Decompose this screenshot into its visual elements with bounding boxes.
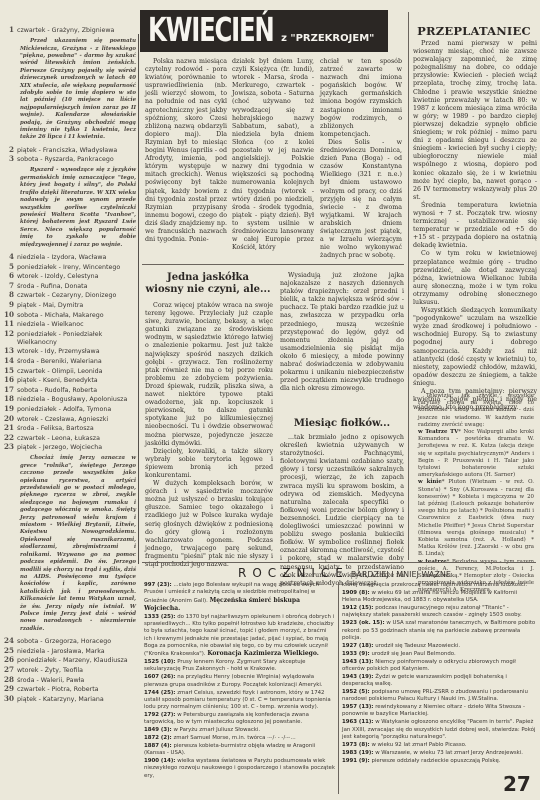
anniversary-year: 1912 (15):: [342, 605, 373, 611]
calendar-day: 3sobota - Ryszarda, Pankracego: [4, 155, 136, 164]
anniversary-year: 1792 (27):: [144, 712, 175, 718]
day-number: 12: [4, 330, 17, 338]
anniversary-entry: 1849 (3): w Paryżu zmarł Juliusz Słowack…: [144, 727, 336, 734]
anniversary-text: w Warszawie, w wieku 73 lat zmarł Jerzy …: [375, 750, 523, 756]
anniversary-entry: 1333 (25): do 1370 był najżarliwszym opi…: [144, 614, 336, 659]
calendar-day: 28środa - Walerii, Pawła: [4, 676, 136, 685]
day-name-days: piątek - Katarzyny, Mariana: [17, 696, 136, 704]
calendar-day: 17sobota - Rudolfa, Roberta: [4, 386, 136, 395]
name-origin-note: Ryszard - wywodzące się z języków germań…: [4, 167, 136, 248]
article-paragraph: Dzięcioły, kowaliki, a także sikory wybr…: [145, 448, 273, 480]
article-main-col2: działek był dniem Luny, czyli Księżyca (…: [232, 58, 314, 252]
calendar-day: 9piątek - Mai, Dymitra: [4, 301, 136, 310]
anniversary-year: 1849 (3):: [144, 727, 172, 733]
anniversary-year: 1933 (9):: [342, 651, 370, 657]
anniversary-year: 1607 (26):: [144, 674, 175, 680]
day-name-days: poniedziałek - Marzeny, Klaudiusza: [17, 657, 136, 665]
section-divider: [142, 562, 536, 563]
day-number: 6: [4, 272, 17, 280]
calendar-day: 26poniedziałek - Marzeny, Klaudiusza: [4, 656, 136, 665]
anniversary-entry: 1912 (15): podczas inauguracyjnego rejsu…: [342, 605, 536, 620]
headline-line: wiosny nie czyni, ale...: [142, 284, 274, 296]
anniversary-year: 1909 (8):: [342, 590, 370, 596]
calendar-day: 25niedziela - Jarosława, Marka: [4, 647, 136, 656]
anniversary-entry: 1887 (4): pierwsza kobieta-burmistrz obj…: [144, 743, 336, 758]
day-name-days: niedziela - Wielkanoc: [17, 321, 136, 329]
section-divider: [142, 264, 404, 265]
anniversary-entry: 1744 (25): zmarł Celsius, szwedzki fizyk…: [144, 690, 336, 712]
calendar-day: 20wtorek - Czesława, Agnieszki: [4, 415, 136, 424]
anniversary-year: 1973 (8):: [342, 742, 370, 748]
column-divider: [338, 582, 339, 794]
calendar-day: 2piątek - Franciszka, Władysława: [4, 146, 136, 155]
anniversary-entry: 1923 (ok. 15): w USA szał maratonów tane…: [342, 620, 536, 642]
anniversaries-subtitle: BARDZIEJ I MNIEJ WAŻNE: [351, 570, 451, 579]
anniversary-year: 1991 (9):: [342, 758, 370, 764]
day-name-days: czwartek - Olimpii, Leonida: [17, 368, 136, 376]
day-name-days: wtorek - Żyty, Teofila: [17, 667, 136, 675]
anniversary-year: 1952 (5):: [342, 689, 370, 695]
day-name-days: wtorek - Czesława, Agnieszki: [17, 416, 136, 424]
anniversary-entry: 1909 (8): w wieku 69 lat zmarła na rancz…: [342, 590, 536, 605]
day-number: 26: [4, 656, 17, 664]
tv-category-text: * Pluton (Wietnam - w reż. O. Stone'a) *…: [418, 479, 534, 557]
article-paragraph: ...tak brzmiało jedno z opisowych określ…: [280, 434, 404, 588]
anniversary-entry: 1943 (13): Niemcy poinformowały o odkryc…: [342, 659, 536, 674]
anniversary-year: 1943 (19):: [342, 674, 373, 680]
article-paragraph: Wszystkich śledzących komunikaty "pogody…: [413, 307, 537, 388]
day-number: 15: [4, 367, 17, 375]
day-name-days: czwartek - Grażyny, Zbigniewa: [17, 27, 136, 35]
anniversary-year: 1887 (4):: [144, 743, 172, 749]
day-name-days: czwartek - Leona, Łukasza: [17, 435, 136, 443]
day-name-days: środa - Feliksa, Bartosza: [17, 425, 136, 433]
article-paragraph: Średnia temperatura kwietnia wynosi + 7 …: [413, 202, 537, 251]
day-number: 18: [4, 395, 17, 403]
anniversary-entry: 1900 (14): wielka wystawa światowa w Par…: [144, 758, 336, 780]
calendar-day: 19poniedziałek - Adolfa, Tymona: [4, 405, 136, 414]
column-divider: [408, 12, 409, 560]
calendar-day: 22czwartek - Leona, Łukasza: [4, 434, 136, 443]
day-number: 16: [4, 376, 17, 384]
day-number: 27: [4, 666, 17, 674]
day-name-days: wtorek - Idy, Przemysława: [17, 348, 136, 356]
tv-category-text: * Noc Walpurgii albo kroki Komandora - p…: [418, 429, 534, 478]
day-name-days: sobota - Rudolfa, Roberta: [17, 387, 136, 395]
article-paragraph: działek był dniem Luny, czyli Księżyca (…: [232, 58, 314, 252]
day-name-days: sobota - Grzegorza, Horacego: [17, 638, 136, 646]
anniversary-text: w Paryżu zmarł Juliusz Słowacki.: [173, 727, 260, 733]
anniversary-entry: 1943 (19): Żydzi w getcie warszawskim po…: [342, 674, 536, 689]
calendar-day: 21środa - Feliksa, Bartosza: [4, 424, 136, 433]
article-main-col1: Polska nazwa miesiąca czytelny rodowód -…: [145, 58, 227, 244]
calendar-day: 29czwartek - Piotra, Roberta: [4, 685, 136, 694]
calendar-day: 11niedziela - Wielkanoc: [4, 320, 136, 329]
day-name-days: poniedziałek - Ireny, Wincentego: [17, 264, 136, 272]
day-name-days: sobota - Michała, Makarego: [17, 312, 136, 320]
name-origin-note: Chociaż imię Jerzy oznacza w grece "roln…: [4, 455, 136, 633]
calendar-day: 23piątek - Jerzego, Wojciecha: [4, 443, 136, 452]
article-paragraph: Coraz więcej ptaków wraca na swoje teren…: [145, 302, 273, 448]
day-name-days: niedziela - Bogusławy, Apoloniusza: [17, 396, 136, 404]
article-paragraph: Dies Solis - w średniowieczu Dominica, d…: [320, 139, 402, 260]
day-number: 28: [4, 676, 17, 684]
anniversary-text: zmarł Samuel Morse, m.in. twórca ·-·/· -…: [173, 735, 295, 741]
anniversary-highlight: Koronacja Kazimierza Wielkiego.: [207, 650, 319, 657]
day-number: 11: [4, 320, 17, 328]
anniversary-text: której osiągnięcia przekroczą nawet najś…: [342, 582, 527, 588]
violets-article: ...tak brzmiało jedno z opisowych określ…: [280, 434, 404, 588]
day-name-days: środa - Walerii, Pawła: [17, 677, 136, 685]
calendar-day: 14środa - Bereniki, Waleriana: [4, 357, 136, 366]
calendar-day: 4niedziela - Izydora, Wacława: [4, 253, 136, 262]
name-origin-note: Przed ukazaniem się poematu Mickiewicza,…: [4, 38, 136, 142]
article-paragraph: Polska nazwa miesiąca czytelny rodowód -…: [145, 58, 227, 244]
anniversary-entry: 1525 (10): Prusy lennem Korony. Zygmunt …: [144, 659, 336, 674]
day-number: 22: [4, 434, 17, 442]
day-number: 2: [4, 146, 17, 154]
article-paragraph: Wysiadują już złożone jajka najokazalsze…: [280, 272, 404, 393]
anniversary-text: podpisano umowę PRL-ZSRR o zbudowaniu i …: [342, 689, 528, 702]
day-number: 14: [4, 357, 17, 365]
page-title: KWIECIEŃ: [148, 13, 274, 47]
day-number: 19: [4, 405, 17, 413]
anniversary-year: 1963 (11):: [342, 719, 373, 725]
article-main-col3: chciał w ten sposób zatrzeć zawarte w na…: [320, 58, 402, 260]
anniversary-entry: 1792 (27): w Petersburgu zawiązała się k…: [144, 712, 336, 727]
anniversary-year: 1333 (25):: [144, 614, 175, 620]
anniversary-entry: 1983 (19): w Warszawie, w wieku 73 lat z…: [342, 750, 536, 757]
anniversary-year: 1983 (19):: [342, 750, 373, 756]
anniversary-year: 1927 (18):: [342, 643, 373, 649]
anniversaries-title: ROCZNICE: [238, 566, 349, 580]
day-number: 4: [4, 253, 17, 261]
calendar-day: 1czwartek - Grażyny, Zbigniewa: [4, 26, 136, 35]
day-number: 20: [4, 415, 17, 423]
anniversary-text: urodził się Tadeusz Mazowiecki.: [375, 643, 460, 649]
page-subtitle: z "PRZEKROJEM": [281, 33, 374, 44]
anniversary-text: urodził się Jean Paul Belmondo.: [371, 651, 455, 657]
anniversary-year: 1923 (ok. 15):: [342, 620, 385, 626]
day-name-days: piątek - Jerzego, Wojciecha: [17, 444, 136, 452]
tv-recommendations-box: Telewizja, jak zwykle, wszystkie rarytas…: [418, 393, 534, 595]
day-number: 5: [4, 263, 17, 271]
calendar-day: 5poniedziałek - Ireny, Wincentego: [4, 263, 136, 272]
calendar-day: 30piątek - Katarzyny, Mariana: [4, 695, 136, 704]
calendar-day: 15czwartek - Olimpii, Leonida: [4, 367, 136, 376]
day-number: 17: [4, 386, 17, 394]
day-number: 10: [4, 311, 17, 319]
day-name-days: piątek - Mai, Dymitra: [17, 302, 136, 310]
anniversaries-list-right: której osiągnięcia przekroczą nawet najś…: [342, 582, 536, 765]
anniversary-entry: 1991 (9): pierwsze oddziały radzieckie o…: [342, 758, 536, 765]
tv-category-label: w Teatrze TV: [418, 429, 458, 435]
day-number: 24: [4, 637, 17, 645]
day-name-days: niedziela - Izydora, Wacława: [17, 254, 136, 262]
day-name-days: piątek - Franciszka, Władysława: [17, 147, 136, 155]
anniversary-entry: 1957 (13): rewindykowany z Niemiec ołtar…: [342, 704, 536, 719]
article-paragraph: chciał w ten sposób zatrzeć zawarte w na…: [320, 58, 402, 139]
anniversary-year: 1872 (2):: [144, 735, 172, 741]
calendar-day: 10sobota - Michała, Makarego: [4, 311, 136, 320]
day-name-days: wtorek - Izoldy, Celestyna: [17, 273, 136, 281]
anniversary-entry: 1933 (9): urodził się Jean Paul Belmondo…: [342, 651, 536, 658]
day-number: 23: [4, 443, 17, 451]
calendar-day: 16piątek - Kseni, Benedykta: [4, 376, 136, 385]
anniversary-year: 1957 (13):: [342, 704, 373, 710]
day-number: 1: [4, 26, 17, 34]
day-name-days: sobota - Ryszarda, Pankracego: [17, 156, 136, 164]
column-divider: [138, 34, 139, 564]
article-paragraph: Co w tym roku w kwietniowej przeplatance…: [413, 250, 537, 307]
calendar-day: 8czwartek - Cezaryny, Dionizego: [4, 291, 136, 300]
day-number: 8: [4, 291, 17, 299]
calendar-day: 27wtorek - Żyty, Teofila: [4, 666, 136, 675]
day-name-days: czwartek - Cezaryny, Dionizego: [17, 292, 136, 300]
anniversary-entry: 1952 (5): podpisano umowę PRL-ZSRR o zbu…: [342, 689, 536, 704]
article-paragraph: Przed nami pierwszy w pełni wiosenny mie…: [413, 40, 537, 202]
przeplataniec-article: Przed nami pierwszy w pełni wiosenny mie…: [413, 40, 537, 412]
tv-category-label: w kinie: [418, 479, 442, 485]
anniversary-year: 1525 (10):: [144, 659, 175, 665]
day-name-days: środa - Bereniki, Waleriana: [17, 358, 136, 366]
title-banner: KWIECIEŃ z "PRZEKROJEM": [140, 10, 388, 52]
magazine-page: 1czwartek - Grażyny, ZbigniewaPrzed ukaz…: [0, 0, 540, 800]
anniversary-text: pierwsze oddziały radzieckie opuszczają …: [371, 758, 500, 764]
birds-article-col1: Coraz więcej ptaków wraca na swoje teren…: [145, 302, 273, 569]
page-number: 27: [503, 772, 531, 796]
calendar-day: 13wtorek - Idy, Przemysława: [4, 347, 136, 356]
anniversary-entry: której osiągnięcia przekroczą nawet najś…: [342, 582, 536, 589]
przeplataniec-headline: PRZEPLATANIEC: [412, 24, 536, 38]
tv-intro: Telewizja, jak zwykle, wszystkie rarytas…: [418, 393, 534, 429]
anniversary-year: 1744 (25):: [144, 690, 175, 696]
day-name-days: środa - Rufina, Donata: [17, 283, 136, 291]
day-name-days: niedziela - Jarosława, Marka: [17, 648, 136, 656]
anniversaries-header: ROCZNICE BARDZIEJ I MNIEJ WAŻNE: [238, 566, 538, 580]
day-number: 13: [4, 347, 17, 355]
anniversary-entry: 1607 (26): na przylądku Henry (obecnie W…: [144, 674, 336, 689]
anniversaries-list-left: 997 (23): ...ciało jego Bolesław wykupił…: [144, 582, 336, 781]
day-number: 9: [4, 301, 17, 309]
anniversary-year: 1943 (13):: [342, 659, 373, 665]
violets-headline: Miesiąc fiołków...: [280, 418, 404, 430]
day-number: 30: [4, 695, 17, 703]
anniversary-text: w wieku 92 lat zmarł Pablo Picasso.: [371, 742, 466, 748]
anniversary-entry: 1963 (11): w Watykanie ogłoszono encykli…: [342, 719, 536, 741]
birds-article-col2: Wysiadują już złożone jajka najokazalsze…: [280, 272, 404, 393]
calendar-day: 12poniedziałek - Poniedziałek Wielkanocn…: [4, 330, 136, 347]
anniversary-entry: 1927 (18): urodził się Tadeusz Mazowieck…: [342, 643, 536, 650]
article-paragraph: W dużych kompleksach borów, w górach i w…: [145, 480, 273, 569]
calendar-day: 18niedziela - Bogusławy, Apoloniusza: [4, 395, 136, 404]
calendar-day: 7środa - Rufina, Donata: [4, 282, 136, 291]
day-number: 3: [4, 155, 17, 163]
anniversary-entry: 1872 (2): zmarł Samuel Morse, m.in. twór…: [144, 735, 336, 742]
day-name-days: piątek - Kseni, Benedykta: [17, 377, 136, 385]
anniversary-year: 997 (23):: [144, 582, 172, 588]
anniversary-year: 1900 (14):: [144, 758, 175, 764]
day-name-days: poniedziałek - Adolfa, Tymona: [17, 406, 136, 414]
anniversary-entry: 1973 (8): w wieku 92 lat zmarł Pablo Pic…: [342, 742, 536, 749]
day-number: 25: [4, 647, 17, 655]
calendar-day: 24sobota - Grzegorza, Horacego: [4, 637, 136, 646]
day-number: 21: [4, 424, 17, 432]
birds-headline: Jedna jaskółka wiosny nie czyni, ale...: [142, 272, 274, 296]
day-name-days: poniedziałek - Poniedziałek Wielkanocny: [17, 331, 136, 347]
name-day-calendar: 1czwartek - Grażyny, ZbigniewaPrzed ukaz…: [4, 26, 136, 704]
day-number: 29: [4, 685, 17, 693]
calendar-day: 6wtorek - Izoldy, Celestyna: [4, 272, 136, 281]
day-number: 7: [4, 282, 17, 290]
headline-line: Jedna jaskółka: [142, 272, 274, 284]
day-name-days: czwartek - Piotra, Roberta: [17, 686, 136, 694]
anniversary-entry: 997 (23): ...ciało jego Bolesław wykupił…: [144, 582, 336, 613]
